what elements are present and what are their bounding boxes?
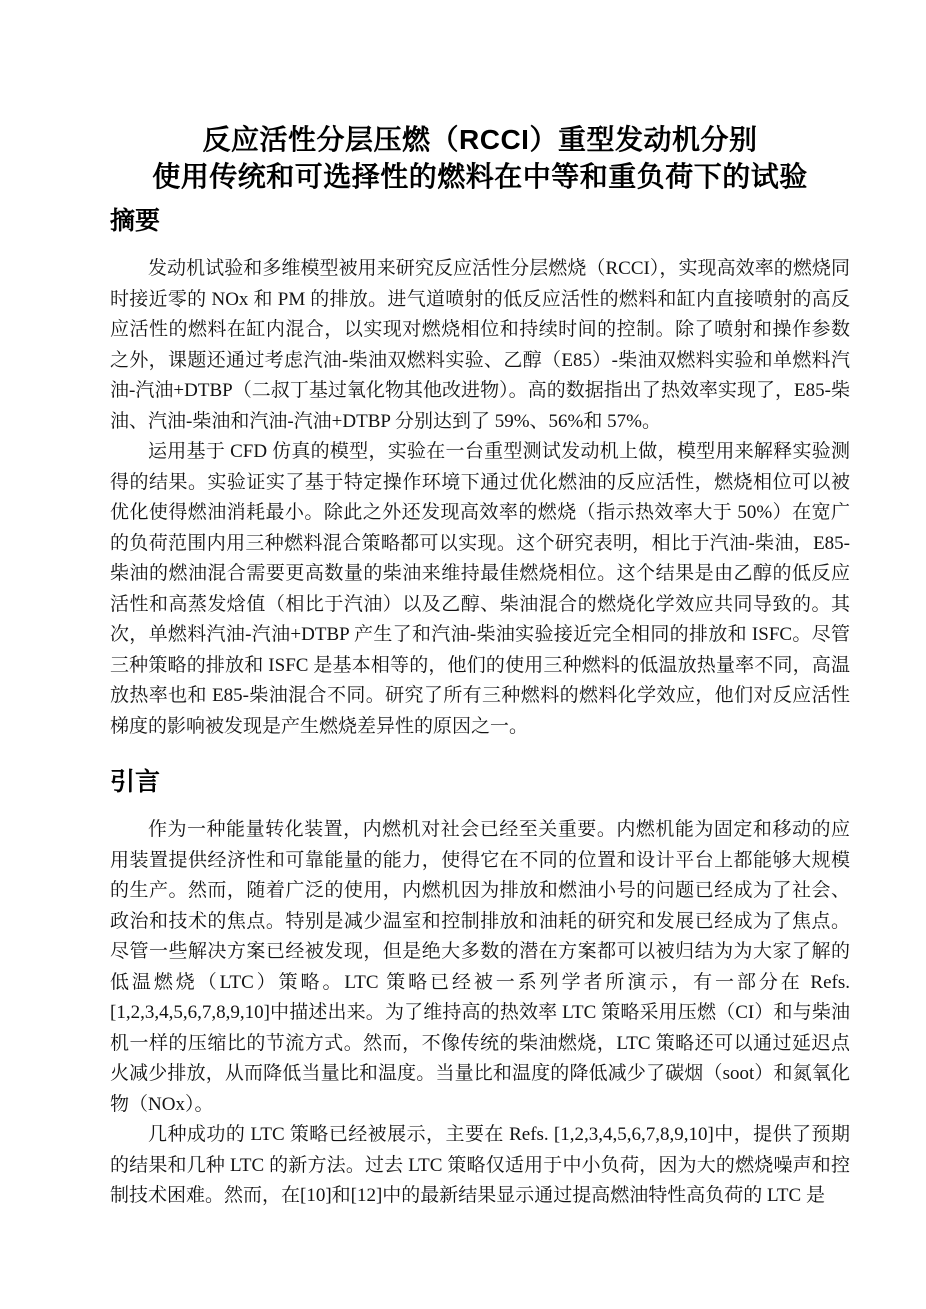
document-content: 反应活性分层压燃（RCCI）重型发动机分别 使用传统和可选择性的燃料在中等和重负… bbox=[110, 0, 850, 1212]
document-page: 反应活性分层压燃（RCCI）重型发动机分别 使用传统和可选择性的燃料在中等和重负… bbox=[0, 0, 926, 1309]
section-heading-abstract: 摘要 bbox=[110, 205, 850, 238]
abstract-paragraph-1: 发动机试验和多维模型被用来研究反应活性分层燃烧（RCCI），实现高效率的燃烧同时… bbox=[110, 254, 850, 437]
section-heading-introduction: 引言 bbox=[110, 766, 850, 799]
introduction-paragraph-2: 几种成功的 LTC 策略已经被展示，主要在 Refs. [1,2,3,4,5,6… bbox=[110, 1120, 850, 1212]
introduction-paragraph-1: 作为一种能量转化装置，内燃机对社会已经至关重要。内燃机能为固定和移动的应用装置提… bbox=[110, 815, 850, 1120]
document-title-line-2: 使用传统和可选择性的燃料在中等和重负荷下的试验 bbox=[110, 158, 850, 195]
abstract-paragraph-2: 运用基于 CFD 仿真的模型，实验在一台重型测试发动机上做，模型用来解释实验测得… bbox=[110, 437, 850, 742]
document-title: 反应活性分层压燃（RCCI）重型发动机分别 使用传统和可选择性的燃料在中等和重负… bbox=[110, 121, 850, 195]
document-title-line-1: 反应活性分层压燃（RCCI）重型发动机分别 bbox=[110, 121, 850, 158]
